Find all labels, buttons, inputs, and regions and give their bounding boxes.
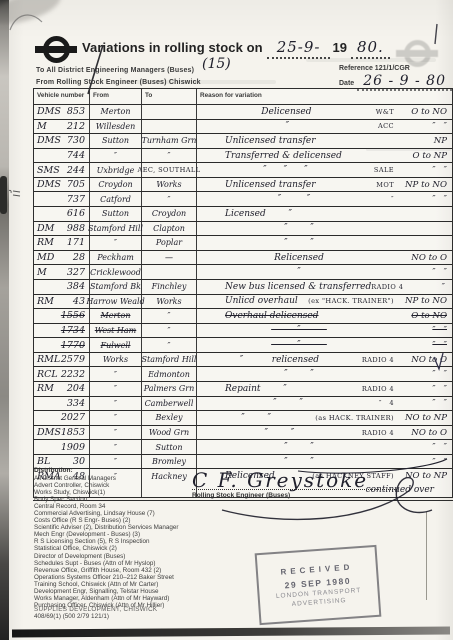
- table-row: RM43Harrow WealdWorksUnlicd overhaul(ex …: [34, 295, 452, 310]
- reason-cell: ″ ″(as HACK. TRAINER)NO to NP: [197, 411, 452, 425]
- from-cell: ″: [90, 236, 142, 250]
- reason-text: ″ ″: [197, 369, 401, 379]
- from-cell: Catford: [90, 192, 142, 206]
- vehicle-number-cell: DMS853: [34, 105, 90, 119]
- vehicle-number: 1556: [61, 310, 85, 321]
- distribution-item: Director of Development (Buses): [34, 553, 252, 560]
- to-value: Bromley: [152, 457, 186, 466]
- distribution-item: Costs Office (R S Engr- Buses) (2): [34, 517, 252, 524]
- distribution-item: Works Manager, Aldenham (Attn of Mr Hayw…: [34, 595, 252, 602]
- vehicle-type: M: [37, 121, 47, 132]
- reason-text: Repaint ″: [197, 384, 362, 394]
- licence-code: ″ ″: [401, 194, 449, 204]
- to-value: Poplar: [156, 238, 182, 247]
- from-value: ″: [114, 399, 117, 408]
- distribution-item: SUPPLIES DEVELOPMENT, CHISWICK: [34, 606, 252, 613]
- reason-cell: ″ ″″ ″: [197, 440, 452, 454]
- vehicle-number-cell: SMS244: [34, 163, 90, 177]
- vehicle-type: RM: [37, 383, 54, 394]
- reason-note: SALE: [374, 166, 394, 174]
- vehicle-number-cell: 2027: [34, 411, 90, 425]
- scan-left-edge: [0, 0, 9, 640]
- from-cell: ″: [90, 367, 142, 381]
- col-header-reason: Reason for variation: [197, 89, 452, 104]
- reason-note: (ex "HACK. TRAINER"): [308, 297, 394, 305]
- vehicle-type: RCL: [37, 369, 58, 380]
- vehicle-number-cell: DM988: [34, 222, 90, 236]
- date-label: Date: [339, 80, 354, 87]
- scan-stray-line: [426, 512, 427, 600]
- from-value: Peckham: [97, 253, 134, 262]
- reason-cell: DelicensedW&TO to NO: [197, 105, 452, 119]
- table-row: 737Catford″″ ″″″ ″: [34, 192, 452, 207]
- vehicle-number-cell: 1556: [34, 309, 90, 323]
- to-value: AEC, SOUTHALL: [138, 166, 201, 174]
- vehicle-number-cell: RM43: [34, 295, 90, 309]
- from-value: Cricklewood: [90, 268, 141, 277]
- from-cell: Harrow Weald: [90, 295, 142, 309]
- title-year-print: 19: [332, 40, 346, 55]
- vehicle-number-cell: M212: [34, 120, 90, 134]
- to-value: Stamford Hill: [142, 355, 197, 364]
- to-cell: —: [142, 251, 197, 265]
- to-cell: AEC, SOUTHALL: [142, 163, 197, 177]
- licence-code: NO to O: [401, 355, 449, 365]
- to-value: ″: [168, 326, 171, 335]
- table-row: M212Willesden″ACC″ ″: [34, 120, 452, 135]
- to-value: Edmonton: [148, 370, 190, 379]
- reason-cell: Unlicensed transferMOTNP to NO: [197, 178, 452, 192]
- vehicle-number: 30: [73, 456, 85, 467]
- vehicle-number: 327: [67, 267, 85, 278]
- table-row: RM204″Palmers GrnRepaint ″RADIO 4″ ″: [34, 382, 452, 397]
- table-row: 384Stamford BkFinchleyNew bus licensed &…: [34, 280, 452, 295]
- from-value: ″: [114, 151, 117, 160]
- licence-code: O to NO: [401, 107, 449, 117]
- signature-role: Rolling Stock Engineer (Buses): [192, 492, 447, 499]
- to-value: Works: [156, 297, 181, 306]
- vehicle-number: 1853: [61, 427, 85, 438]
- reason-text: ″: [197, 121, 378, 131]
- vehicle-type: DMS: [37, 179, 61, 190]
- reason-text: Unlicd overhaul: [197, 296, 308, 306]
- reason-text: ″ ″: [197, 428, 362, 438]
- reason-text: New bus licensed & transferred: [197, 282, 371, 292]
- reason-text: — ″ —: [197, 340, 401, 350]
- scanned-page: Variations in rolling stock on 25-9- 19 …: [6, 0, 453, 640]
- reference-number: Reference 121/1/CGR: [339, 65, 410, 72]
- distribution-item: Scientific Adviser (2), Distribution Ser…: [34, 524, 252, 531]
- from-value: ″: [114, 384, 117, 393]
- stamp-dept: ADVERTISING: [292, 597, 347, 608]
- vehicle-number: 1770: [61, 340, 85, 351]
- vehicle-type: DMS: [37, 106, 61, 117]
- to-value: Camberwell: [145, 399, 194, 408]
- vehicle-number: 43: [73, 296, 85, 307]
- col-header-vehicle: Vehicle number: [34, 89, 90, 104]
- reason-text: ″ ″: [197, 457, 401, 467]
- from-value: Stamford Hill: [88, 224, 143, 233]
- reason-text: Licensed ″: [197, 209, 401, 219]
- table-row: RM171″Poplar″ ″: [34, 236, 452, 251]
- to-cell: ″: [142, 324, 197, 338]
- vehicle-number-cell: RM204: [34, 382, 90, 396]
- vehicle-number: 171: [67, 237, 85, 248]
- distribution-item: Training School, Chiswick (Attn of Mr Ca…: [34, 581, 252, 588]
- vehicle-number: 28: [73, 252, 85, 263]
- from-value: Merton: [101, 311, 131, 320]
- vehicle-number-cell: 334: [34, 397, 90, 411]
- signature-handwritten: C F. Greystoke: [192, 468, 447, 492]
- to-value: ″: [168, 195, 171, 204]
- to-value: Wood Grn: [149, 428, 189, 437]
- to-cell: [142, 265, 197, 279]
- from-cell: West Ham: [90, 324, 142, 338]
- ghost-roundel-icon: [396, 40, 438, 67]
- received-stamp: RECEIVED 29 SEP 1980 LONDON TRANSPORT AD…: [255, 545, 382, 625]
- scan-smudge: [126, 80, 276, 84]
- vehicle-number-cell: RML2579: [34, 353, 90, 367]
- vehicle-number: 616: [67, 208, 85, 219]
- vehicle-type: SMS: [37, 165, 60, 176]
- to-value: Croydon: [152, 209, 186, 218]
- to-cell: Croydon: [142, 207, 197, 221]
- reason-text: ″ ″: [197, 194, 391, 204]
- to-cell: [142, 105, 197, 119]
- scan-edge-blob: [0, 176, 7, 214]
- licence-code: ″ ″: [401, 340, 449, 350]
- licence-code: ″ ″: [410, 282, 453, 292]
- reason-cell: Unlicd overhaul(ex "HACK. TRAINER")NP to…: [197, 295, 452, 309]
- reason-text: ″ ″ ″: [197, 165, 374, 175]
- table-row: M327Cricklewood″″ ″: [34, 265, 452, 280]
- from-cell: Croydon: [90, 178, 142, 192]
- vehicle-number: 2579: [61, 354, 85, 365]
- distribution-item: Revenue Office, Griffith House, Room 432…: [34, 567, 252, 574]
- from-value: ″: [114, 238, 117, 247]
- reason-cell: Unlicensed transferNP: [197, 134, 452, 148]
- vehicle-number-cell: 384: [34, 280, 90, 294]
- licence-code: ″ ″: [401, 121, 449, 131]
- licence-code: O to NP: [401, 151, 449, 161]
- to-cell: Sutton: [142, 440, 197, 454]
- to-value: Sutton: [155, 443, 182, 452]
- from-value: Works: [103, 355, 128, 364]
- distribution-item: Commercial Advertising, Lindsay House (7…: [34, 510, 252, 517]
- table-row: 2027″Bexley″ ″(as HACK. TRAINER)NO to NP: [34, 411, 452, 426]
- vehicle-type: M: [37, 267, 47, 278]
- reason-note: RADIO 4: [362, 429, 394, 437]
- vehicle-number-cell: 1770: [34, 338, 90, 352]
- reason-cell: ″ ″: [197, 222, 452, 236]
- licence-code: ″ ″: [401, 384, 449, 394]
- vehicle-number-cell: DMS705: [34, 178, 90, 192]
- reason-text: Transferred & delicensed: [197, 151, 401, 161]
- reason-note: RADIO 4: [362, 385, 394, 393]
- licence-code: ″ ″: [401, 442, 449, 452]
- reason-cell: Overhaul delicensedO to NO: [197, 309, 452, 323]
- table-row: 1734West Ham″— ″ —″ ″: [34, 324, 452, 339]
- reason-note: RADIO 4: [371, 283, 403, 291]
- to-cell: Works: [142, 295, 197, 309]
- stamp-received: RECEIVED: [280, 562, 353, 576]
- reason-text: Unlicensed transfer: [197, 136, 401, 146]
- table-row: SMS244UxbridgeAEC, SOUTHALL″ ″ ″SALE″ ″: [34, 163, 452, 178]
- vehicle-number-cell: DMS730: [34, 134, 90, 148]
- reason-text: Relicensed: [197, 253, 401, 263]
- reason-cell: RelicensedNO to O: [197, 251, 452, 265]
- table-row: 334″Camberwell″ ″″ 4″ ″: [34, 397, 452, 412]
- reason-note: W&T: [376, 108, 394, 116]
- from-value: ″: [114, 370, 117, 379]
- from-cell: Sutton: [90, 207, 142, 221]
- from-value: ″: [114, 428, 117, 437]
- reason-text: ″: [197, 267, 401, 277]
- vehicle-number-cell: DMS1853: [34, 426, 90, 440]
- table-row: DMS730SuttonTurnham GrnUnlicensed transf…: [34, 134, 452, 149]
- distribution-item: Schedules Supt - Buses (Attn of Mr Hyslo…: [34, 560, 252, 567]
- reason-cell: ″ ″″″ ″: [197, 192, 452, 206]
- vehicle-number: 988: [67, 223, 85, 234]
- vehicle-number-cell: 1734: [34, 324, 90, 338]
- from-value: Sutton: [102, 136, 129, 145]
- col-header-from: From: [90, 89, 142, 104]
- from-value: Catford: [100, 195, 131, 204]
- reason-cell: ″ ″ ″SALE″ ″: [197, 163, 452, 177]
- licence-code: ″ ″: [401, 457, 449, 467]
- distribution-item: Statistical Office, Chiswick (2): [34, 545, 252, 552]
- to-value: Clapton: [153, 224, 185, 233]
- vehicle-number: 705: [67, 179, 85, 190]
- reason-cell: ″ ″″ ″: [197, 367, 452, 381]
- licence-code: ″ ″: [401, 325, 449, 335]
- to-cell: Bexley: [142, 411, 197, 425]
- to-value: Bexley: [156, 413, 183, 422]
- reason-text: ″ ″: [197, 442, 401, 452]
- licence-code: O to NO: [401, 311, 449, 321]
- vehicle-number: 334: [67, 398, 85, 409]
- reason-cell: ″ ″″ 4″ ″: [197, 397, 452, 411]
- distribution-item: Development Engr, Signalling, Telstar Ho…: [34, 588, 252, 595]
- from-value: Stamford Bk: [90, 282, 141, 291]
- to-cell: Camberwell: [142, 397, 197, 411]
- reason-cell: New bus licensed & transferredRADIO 4″ ″: [197, 280, 453, 294]
- reason-text: Overhaul delicensed: [197, 311, 401, 321]
- from-value: ″: [114, 443, 117, 452]
- vehicle-number-cell: M327: [34, 265, 90, 279]
- licence-code: ″ ″: [401, 398, 449, 408]
- vehicle-number-cell: 1909: [34, 440, 90, 454]
- reason-note: MOT: [376, 181, 394, 189]
- vehicle-number: 730: [67, 135, 85, 146]
- table-row: DMS853MertonDelicensedW&TO to NO: [34, 105, 452, 120]
- to-value: Palmers Grn: [144, 384, 195, 393]
- vehicle-number: 1909: [61, 442, 85, 453]
- reason-cell: ″ ″RADIO 4NO to O: [197, 426, 452, 440]
- reason-note: (as HACK. TRAINER): [315, 414, 394, 422]
- form-title: Variations in rolling stock on 25-9- 19 …: [82, 38, 390, 59]
- london-transport-roundel-icon: [35, 36, 77, 63]
- from-cell: ″: [90, 149, 142, 163]
- distribution-item: 408/69(1) (500 2/79 121/1): [34, 613, 252, 620]
- to-cell: Turnham Grn: [142, 134, 197, 148]
- distribution-item: Central Record, Room 34: [34, 503, 252, 510]
- vehicle-type: DM: [37, 223, 54, 234]
- licence-code: ″ ″: [401, 165, 449, 175]
- licence-code: NO to O: [401, 253, 449, 263]
- reason-cell: Repaint ″RADIO 4″ ″: [197, 382, 452, 396]
- reason-cell: ″ACC″ ″: [197, 120, 452, 134]
- vehicle-type: DMS: [37, 427, 61, 438]
- from-cell: Uxbridge: [90, 163, 142, 177]
- table-body: DMS853MertonDelicensedW&TO to NOM212Will…: [34, 105, 452, 483]
- distribution-item: R S Licensing Section (5), R S Inspectio…: [34, 538, 252, 545]
- reason-note: RADIO 4: [362, 356, 394, 364]
- to-cell: Poplar: [142, 236, 197, 250]
- reason-text: ″ relicensed: [197, 355, 362, 365]
- reason-cell: — ″ —″ ″: [197, 324, 452, 338]
- from-cell: Peckham: [90, 251, 142, 265]
- from-cell: Fulwell: [90, 338, 142, 352]
- to-cell: Works: [142, 178, 197, 192]
- from-cell: Merton: [90, 105, 142, 119]
- licence-code: ″ ″: [401, 369, 449, 379]
- from-value: Merton: [101, 107, 131, 116]
- scan-smudge: [366, 148, 451, 151]
- from-cell: ″: [90, 382, 142, 396]
- reason-text: — ″ —: [197, 325, 401, 335]
- vehicle-type: DMS: [37, 135, 61, 146]
- from-cell: Merton: [90, 309, 142, 323]
- from-cell: Stamford Bk: [90, 280, 142, 294]
- table-row: RML2579WorksStamford Hill″ relicensedRAD…: [34, 353, 452, 368]
- table-row: RCL2232″Edmonton″ ″″ ″: [34, 367, 452, 382]
- handwritten-annotation-15: (15): [202, 56, 231, 72]
- to-value: ″: [168, 341, 171, 350]
- from-value: Harrow Weald: [86, 297, 144, 306]
- vehicle-number-cell: RM171: [34, 236, 90, 250]
- vehicle-number: 384: [67, 281, 85, 292]
- from-cell: ″: [90, 411, 142, 425]
- vehicle-number-cell: MD28: [34, 251, 90, 265]
- from-value: ″: [114, 457, 117, 466]
- reason-text: ″ ″: [197, 398, 379, 408]
- to-cell: [142, 120, 197, 134]
- reason-cell: — ″ —″ ″: [197, 338, 452, 352]
- reason-cell: Licensed ″: [197, 207, 452, 221]
- distribution-item: Operations Systems Officer 210–212 Baker…: [34, 574, 252, 581]
- table-row: MD28Peckham—RelicensedNO to O: [34, 251, 452, 266]
- from-cell: ″: [90, 440, 142, 454]
- vehicle-number: 853: [67, 106, 85, 117]
- vehicle-number-cell: 737: [34, 192, 90, 206]
- to-value: Finchley: [152, 282, 187, 291]
- table-row: 1556Merton″Overhaul delicensedO to NO: [34, 309, 452, 324]
- to-cell: Stamford Hill: [142, 353, 197, 367]
- vehicle-number-cell: RCL2232: [34, 367, 90, 381]
- reason-cell: ″″ ″: [197, 265, 452, 279]
- table-row: 1770Fulwell″— ″ —″ ″: [34, 338, 452, 353]
- reason-text: Unlicensed transfer: [197, 180, 376, 190]
- vehicle-number: 2027: [61, 412, 85, 423]
- signature-block: C F. Greystoke Rolling Stock Engineer (B…: [192, 468, 447, 499]
- reason-note: ″: [391, 195, 394, 203]
- to-cell: ″: [142, 338, 197, 352]
- vehicle-number: 744: [67, 150, 85, 161]
- title-text: Variations in rolling stock on: [82, 40, 263, 55]
- vehicle-number: 737: [67, 194, 85, 205]
- from-value: Sutton: [102, 209, 129, 218]
- from-value: ″: [114, 413, 117, 422]
- to-cell: Clapton: [142, 222, 197, 236]
- vehicle-number: 212: [67, 121, 85, 132]
- to-value: Works: [156, 180, 181, 189]
- licence-code: NP to NO: [401, 296, 449, 306]
- licence-code: ″ ″: [401, 267, 449, 277]
- vehicle-number: 204: [67, 383, 85, 394]
- licence-code: NO to NP: [401, 413, 449, 423]
- vehicle-number: 244: [67, 165, 85, 176]
- reason-note: ″ 4: [379, 399, 394, 407]
- reason-note: ACC: [378, 122, 394, 130]
- to-value: —: [165, 253, 173, 262]
- to-cell: ″: [142, 149, 197, 163]
- from-cell: Works: [90, 353, 142, 367]
- vehicle-number-cell: 616: [34, 207, 90, 221]
- vehicle-type: RM: [37, 296, 54, 307]
- from-value: Uxbridge: [97, 166, 135, 175]
- reason-text: ″ ″: [197, 238, 401, 248]
- to-cell: Palmers Grn: [142, 382, 197, 396]
- reason-text: Delicensed: [197, 107, 376, 117]
- reason-text: ″ ″: [197, 413, 315, 423]
- from-cell: Sutton: [90, 134, 142, 148]
- reason-cell: ″ relicensedRADIO 4NO to O: [197, 353, 452, 367]
- to-cell: ″: [142, 192, 197, 206]
- title-year-handwritten: 80.: [357, 38, 384, 56]
- title-date-handwritten: 25-9-: [277, 38, 321, 56]
- from-value: West Ham: [95, 326, 137, 335]
- reason-cell: ″ ″: [197, 236, 452, 250]
- from-value: Croydon: [98, 180, 132, 189]
- vehicle-number: 1734: [61, 325, 85, 336]
- to-cell: ″: [142, 309, 197, 323]
- vehicle-type: RML: [37, 354, 60, 365]
- table-row: DMS1853″Wood Grn″ ″RADIO 4NO to O: [34, 426, 452, 441]
- table-row: 1909″Sutton″ ″″ ″: [34, 440, 452, 455]
- col-header-to: To: [142, 89, 197, 104]
- distribution-item: Mech Engr (Development - Buses) (3): [34, 531, 252, 538]
- to-value: Turnham Grn: [142, 136, 197, 145]
- to-cell: Finchley: [142, 280, 197, 294]
- table-header-row: Vehicle number From To Reason for variat…: [34, 89, 452, 105]
- table-row: DM988Stamford HillClapton″ ″: [34, 222, 452, 237]
- vehicle-type: MD: [37, 252, 54, 263]
- to-cell: Edmonton: [142, 367, 197, 381]
- licence-code: NO to O: [401, 428, 449, 438]
- to-cell: Wood Grn: [142, 426, 197, 440]
- vehicle-type: RM: [37, 237, 54, 248]
- from-cell: ″: [90, 426, 142, 440]
- licence-code: NP: [401, 136, 449, 146]
- from-cell: Cricklewood: [90, 265, 142, 279]
- to-value: ″: [168, 151, 171, 160]
- from-cell: ″: [90, 397, 142, 411]
- from-cell: Willesden: [90, 120, 142, 134]
- from-value: Fulwell: [101, 341, 131, 350]
- vehicle-number: 2232: [61, 369, 85, 380]
- table-row: 616SuttonCroydonLicensed ″: [34, 207, 452, 222]
